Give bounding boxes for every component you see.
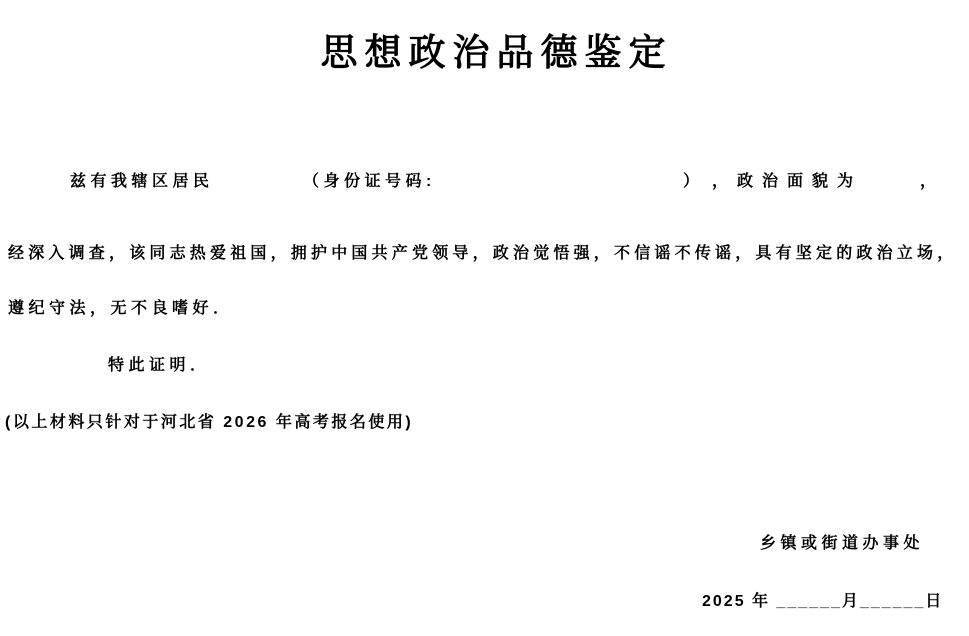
usage-note: (以上材料只针对于河北省 2026 年高考报名使用) [5, 412, 413, 434]
document-page: 思想政治品德鉴定 兹有我辖区居民 （身份证号码: ） ，政治面貌为 ， 经深入调… [0, 0, 969, 636]
close-paren: ） [683, 171, 704, 193]
body-text-line-2: 经深入调查，该同志热爱祖国，拥护中国共产党领导，政治觉悟强，不信谣不传谣，具有坚… [8, 243, 957, 265]
intro-text: 兹有我辖区居民 [70, 171, 214, 193]
id-number-label: （身份证号码: [303, 171, 436, 193]
trailing-comma: ， [920, 171, 941, 193]
intro-line: 兹有我辖区居民 （身份证号码: ） ，政治面貌为 ， [0, 171, 969, 193]
resident-name-blank[interactable] [220, 171, 300, 191]
attestation-text: 特此证明． [108, 355, 211, 377]
date-line: 2025 年 ______月______日 [702, 591, 943, 613]
id-number-blank[interactable] [440, 171, 680, 191]
political-status-blank[interactable] [880, 171, 915, 191]
signature-authority: 乡镇或街道办事处 [760, 533, 924, 555]
document-title: 思想政治品德鉴定 [12, 22, 969, 76]
body-text-line-3: 遵纪守法，无不良嗜好． [8, 298, 234, 320]
political-status-label: ，政治面貌为 [712, 171, 862, 193]
